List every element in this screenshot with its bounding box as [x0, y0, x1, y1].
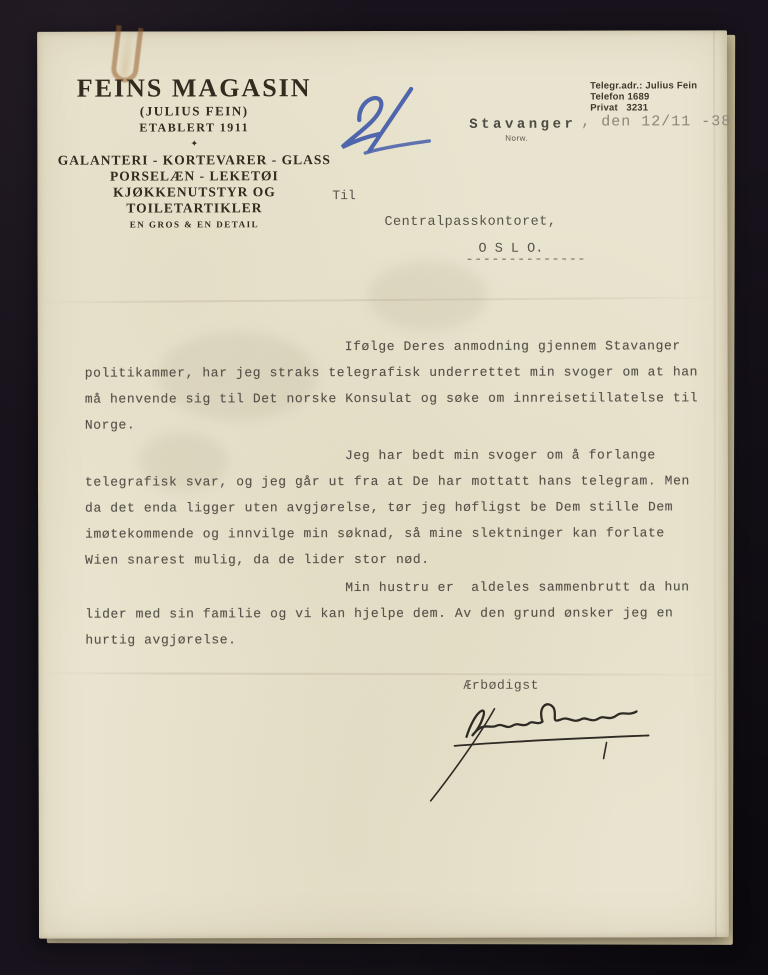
fold-crease [38, 672, 728, 676]
body-paragraph: Ifølge Deres anmodning gjennem Stavanger… [85, 333, 685, 438]
body-line: politikammer, har jeg straks telegrafisk… [85, 359, 685, 386]
diamond-icon: ✦ [47, 138, 341, 149]
body-paragraph: Min hustru er aldeles sammenbrutt da hun… [85, 574, 685, 653]
country-label: Norw. [505, 134, 528, 143]
company-name: FEINS MAGASIN [47, 74, 341, 103]
body-line: da det enda ligger uten avgjørelse, tør … [85, 494, 685, 521]
body-line: Jeg har bedt min svoger om å forlange [85, 442, 685, 469]
body-line: Min hustru er aldeles sammenbrutt da hun [85, 574, 685, 601]
city-name: Stavanger [469, 117, 576, 133]
photo-background: FEINS MAGASIN (JULIUS FEIN) ETABLERT 191… [0, 0, 768, 975]
letter-paper: FEINS MAGASIN (JULIUS FEIN) ETABLERT 191… [37, 30, 729, 938]
wholesale-retail-note: EN GROS & EN DETAIL [47, 219, 341, 230]
body-line: Norge. [85, 411, 685, 438]
letterhead: FEINS MAGASIN (JULIUS FEIN) ETABLERT 191… [47, 74, 341, 230]
ink-bleed-smudge [368, 261, 488, 331]
signature-handwriting [416, 688, 674, 809]
established-year: ETABLERT 1911 [47, 120, 341, 136]
dateline: Stavanger Norw. , den 12/11 -38 [469, 115, 576, 133]
body-paragraph: Jeg har bedt min svoger om å forlange te… [85, 442, 685, 573]
edge-crease [713, 30, 717, 937]
product-line: GALANTERI - KORTEVARER - GLASS [47, 152, 341, 169]
body-line: hurtig avgjørelse. [85, 626, 685, 653]
body-line: imøtekommende og innvilge min søknad, så… [85, 520, 685, 547]
owner-name: (JULIUS FEIN) [47, 103, 341, 120]
product-line: KJØKKENUTSTYR OG TOILETARTIKLER [47, 184, 341, 217]
body-line: Wien snarest mulig, da de lider stor nød… [85, 546, 685, 573]
letter-date: , den 12/11 -38 [581, 113, 731, 130]
body-line: må henvende sig til Det norske Konsulat … [85, 385, 685, 412]
body-line: telegrafisk svar, og jeg går ut fra at D… [85, 468, 685, 495]
handwritten-annotation [329, 84, 447, 164]
product-line: PORSELÆN - LEKETØI [47, 168, 341, 185]
contact-block: Telegr.adr.: Julius Fein Telefon 1689 Pr… [590, 80, 697, 113]
recipient-to-label: Til [332, 188, 355, 203]
body-line: Ifølge Deres anmodning gjennem Stavanger [85, 333, 685, 360]
recipient-underline: -------------- [466, 253, 586, 268]
recipient-name: Centralpasskontoret, [384, 215, 556, 230]
body-line: lider med sin familie og vi kan hjelpe d… [85, 600, 685, 627]
